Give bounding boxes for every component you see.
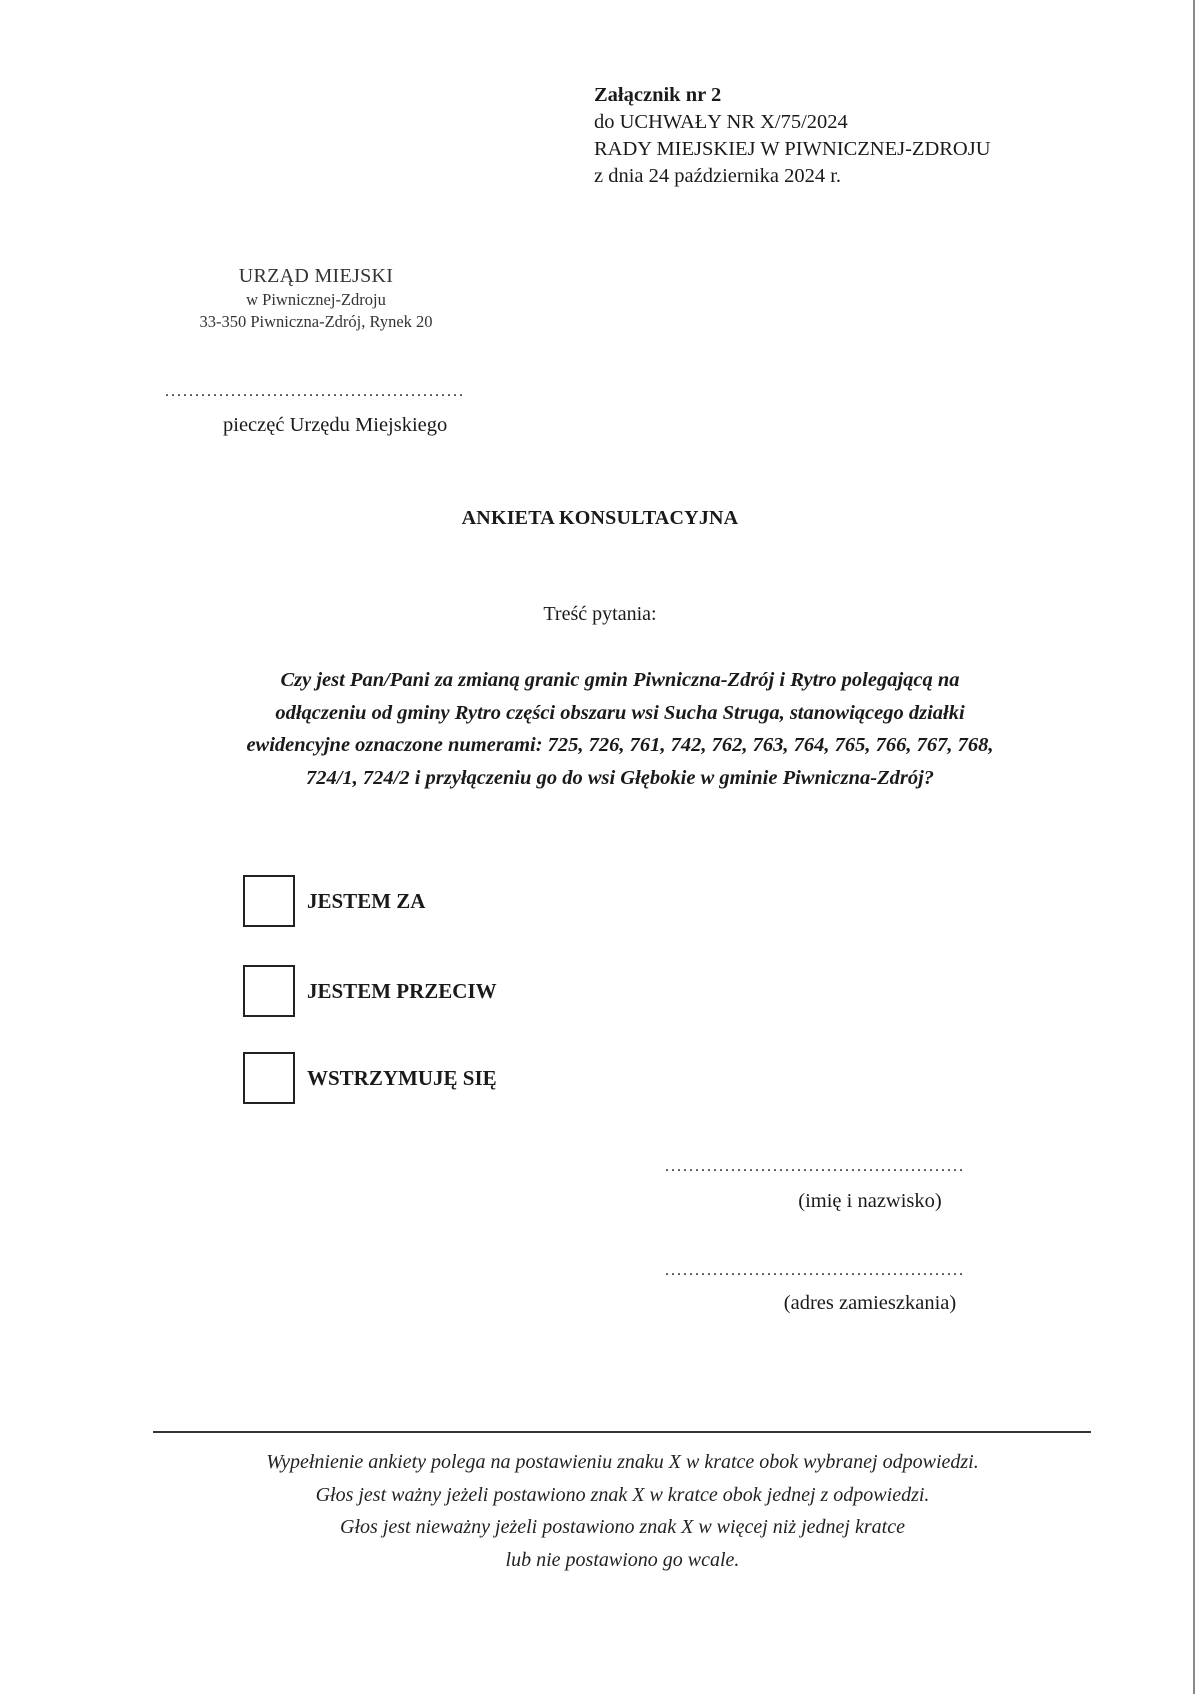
instruction-line: Wypełnienie ankiety polega na postawieni…	[150, 1446, 1095, 1479]
divider-rule	[153, 1431, 1091, 1433]
annex-resolution: do UCHWAŁY NR X/75/2024	[594, 109, 991, 136]
option-for-label: JESTEM ZA	[307, 889, 425, 914]
address-field-line[interactable]: ........................................…	[665, 1262, 1075, 1280]
office-stamp-block: URZĄD MIEJSKI w Piwnicznej-Zdroju 33-350…	[160, 263, 472, 333]
annex-council: RADY MIEJSKIEJ W PIWNICZNEJ-ZDROJU	[594, 136, 991, 163]
form-title: ANKIETA KONSULTACYJNA	[0, 507, 1200, 530]
instructions: Wypełnienie ankiety polega na postawieni…	[150, 1446, 1095, 1576]
question-line: Czy jest Pan/Pani za zmianą granic gmin …	[170, 664, 1070, 697]
question-line: ewidencyjne oznaczone numerami: 725, 726…	[170, 729, 1070, 762]
address-field-label: (adres zamieszkania)	[665, 1292, 1075, 1315]
question-line: odłączeniu od gminy Rytro części obszaru…	[170, 697, 1070, 730]
instruction-line: lub nie postawiono go wcale.	[150, 1544, 1095, 1577]
option-for[interactable]: JESTEM ZA	[243, 873, 425, 929]
option-abstain[interactable]: WSTRZYMUJĘ SIĘ	[243, 1050, 497, 1106]
option-against-label: JESTEM PRZECIW	[307, 979, 497, 1004]
stamp-dotted-line: ........................................…	[165, 383, 578, 401]
question-text: Czy jest Pan/Pani za zmianą granic gmin …	[170, 664, 1070, 794]
stamp-label: pieczęć Urzędu Miejskiego	[223, 414, 447, 437]
question-label: Treść pytania:	[0, 603, 1200, 626]
office-address: 33-350 Piwniczna-Zdrój, Rynek 20	[160, 311, 472, 333]
question-line: 724/1, 724/2 i przyłączeniu go do wsi Gł…	[170, 762, 1070, 795]
option-against[interactable]: JESTEM PRZECIW	[243, 963, 497, 1019]
name-field-line[interactable]: ........................................…	[665, 1158, 1075, 1176]
page-edge-border	[1193, 0, 1195, 1694]
annex-title: Załącznik nr 2	[594, 82, 991, 109]
office-name: URZĄD MIEJSKI	[160, 263, 472, 289]
annex-date: z dnia 24 października 2024 r.	[594, 163, 991, 190]
instruction-line: Głos jest nieważny jeżeli postawiono zna…	[150, 1511, 1095, 1544]
annex-header: Załącznik nr 2 do UCHWAŁY NR X/75/2024 R…	[594, 82, 991, 190]
office-location: w Piwnicznej-Zdroju	[160, 289, 472, 311]
checkbox-against[interactable]	[243, 965, 295, 1017]
option-abstain-label: WSTRZYMUJĘ SIĘ	[307, 1066, 497, 1091]
instruction-line: Głos jest ważny jeżeli postawiono znak X…	[150, 1479, 1095, 1512]
checkbox-for[interactable]	[243, 875, 295, 927]
name-field-label: (imię i nazwisko)	[665, 1190, 1075, 1213]
checkbox-abstain[interactable]	[243, 1052, 295, 1104]
